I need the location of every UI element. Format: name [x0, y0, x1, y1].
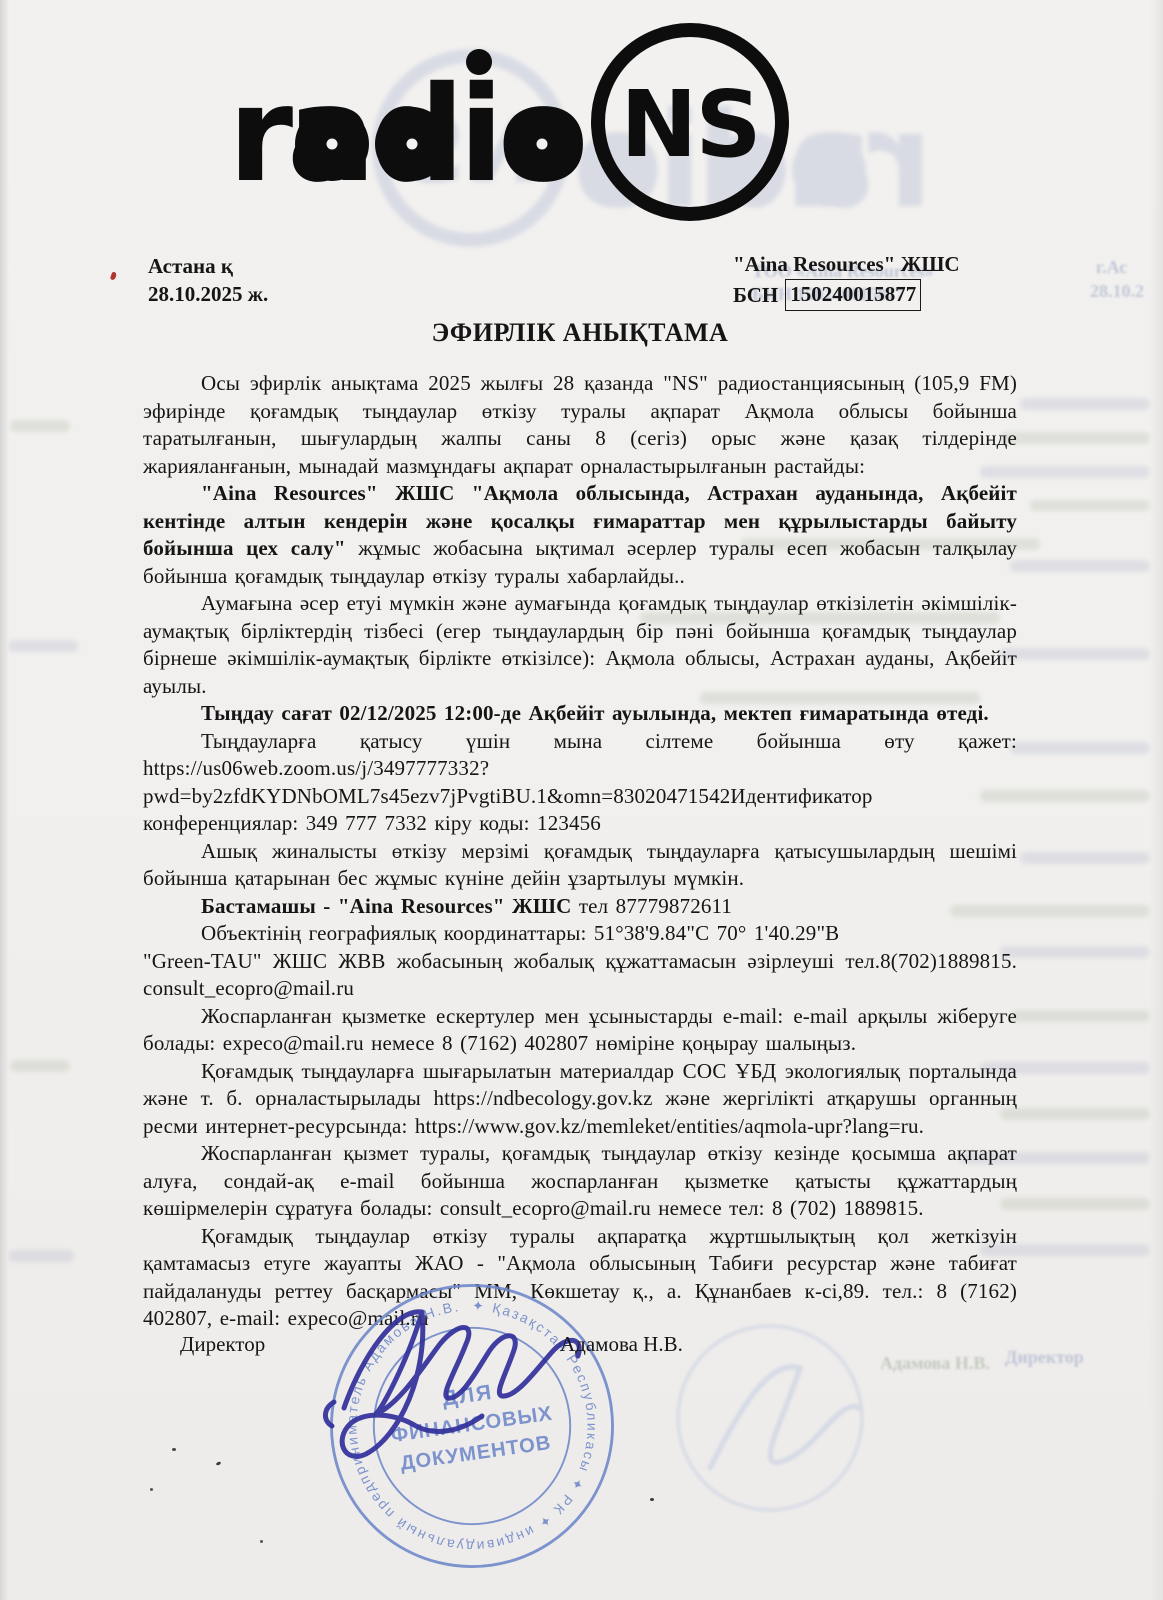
bleed-line [8, 640, 78, 652]
paragraph-feedback: Жоспарланған қызметке ескертулер мен ұсы… [143, 1003, 1017, 1058]
paragraph-developer: "Green-TAU" ЖШС ЖВВ жобасының жобалық құ… [143, 948, 1017, 1003]
scan-speck [150, 1488, 153, 1491]
bleed-line [1030, 500, 1150, 511]
radio-ns-logo: radio NS [228, 22, 808, 227]
scan-speck [260, 1540, 263, 1543]
paragraph-hearing-datetime: Тыңдау сағат 02/12/2025 12:00-де Ақбейіт… [143, 700, 1017, 728]
document-body: ЭФИРЛІК АНЫҚТАМА Осы эфирлік анықтама 20… [143, 318, 1017, 1333]
bleed-line [10, 1060, 70, 1072]
paragraph-extension: Ашық жиналысты өткізу мерзімі қоғамдық т… [143, 838, 1017, 893]
ghost-corner-date: 28.10.2 [1090, 280, 1144, 303]
ghost-director-label: Директор [1005, 1346, 1084, 1369]
document-title: ЭФИРЛІК АНЫҚТАМА [143, 318, 1017, 348]
paragraph-copies: Жоспарланған қызмет туралы, қоғамдық тың… [143, 1140, 1017, 1223]
paragraph-portal: Қоғамдық тыңдауларға шығарылатын материа… [143, 1058, 1017, 1141]
paragraph-zoom-link: Тыңдауларға қатысу үшін мына сілтеме бой… [143, 728, 1017, 838]
paragraph-territory: Аумағына әсер етуі мүмкін және аумағында… [143, 590, 1017, 700]
meta-city: Астана қ [148, 252, 268, 280]
meta-date: 28.10.2025 ж. [148, 280, 268, 308]
bleed-line [1000, 648, 1150, 660]
bleed-line [1010, 742, 1150, 754]
bleed-line [1020, 852, 1150, 864]
bleed-line [1000, 946, 1150, 958]
ghost-director-name: Адамова Н.В. [880, 1352, 990, 1375]
place-date-block: Астана қ 28.10.2025 ж. [148, 252, 268, 308]
i-dot-disc [466, 49, 492, 75]
bleed-line [8, 1250, 74, 1262]
signature-ink [300, 1282, 630, 1497]
vinyl-disc-icon [295, 107, 369, 181]
bsn-label: БСН [733, 281, 778, 310]
document-page: radio NS ТОО «Aina Resources» БИН 150240… [0, 0, 1163, 1600]
paragraph-coordinates: Объектінің географиялық координаттары: 5… [143, 920, 1017, 948]
radio-wordmark: radio NS [228, 30, 782, 214]
paragraph-project: "Aina Resources" ЖШС "Ақмола облысында, … [143, 480, 1017, 590]
vinyl-disc-icon [375, 107, 449, 181]
ghost-corner-city: г.Ас [1096, 256, 1127, 279]
bleed-line [1010, 560, 1150, 572]
bsn-value: 150240015877 [785, 279, 921, 311]
bleed-line [1020, 398, 1150, 410]
bleed-line [1010, 1010, 1150, 1022]
ns-letters: NS [620, 71, 759, 178]
bleed-line [10, 420, 70, 432]
scan-speck [172, 1448, 176, 1451]
company-name: "Aina Resources" ЖШС [733, 250, 960, 279]
vinyl-disc-icon [505, 107, 579, 181]
bleed-line [1000, 1108, 1150, 1120]
paragraph-initiator: Бастамашы - "Aina Resources" ЖШС тел 877… [143, 893, 1017, 921]
company-block: "Aina Resources" ЖШС БСН 150240015877 [733, 250, 960, 311]
scan-speck [650, 1498, 654, 1501]
bleed-line [1000, 432, 1150, 444]
paragraph-intro: Осы эфирлік анықтама 2025 жылғы 28 қазан… [143, 370, 1017, 480]
signature-name: Адамова Н.В. [560, 1332, 683, 1357]
bleed-line [1000, 1198, 1150, 1210]
signature-role: Директор [180, 1332, 265, 1357]
